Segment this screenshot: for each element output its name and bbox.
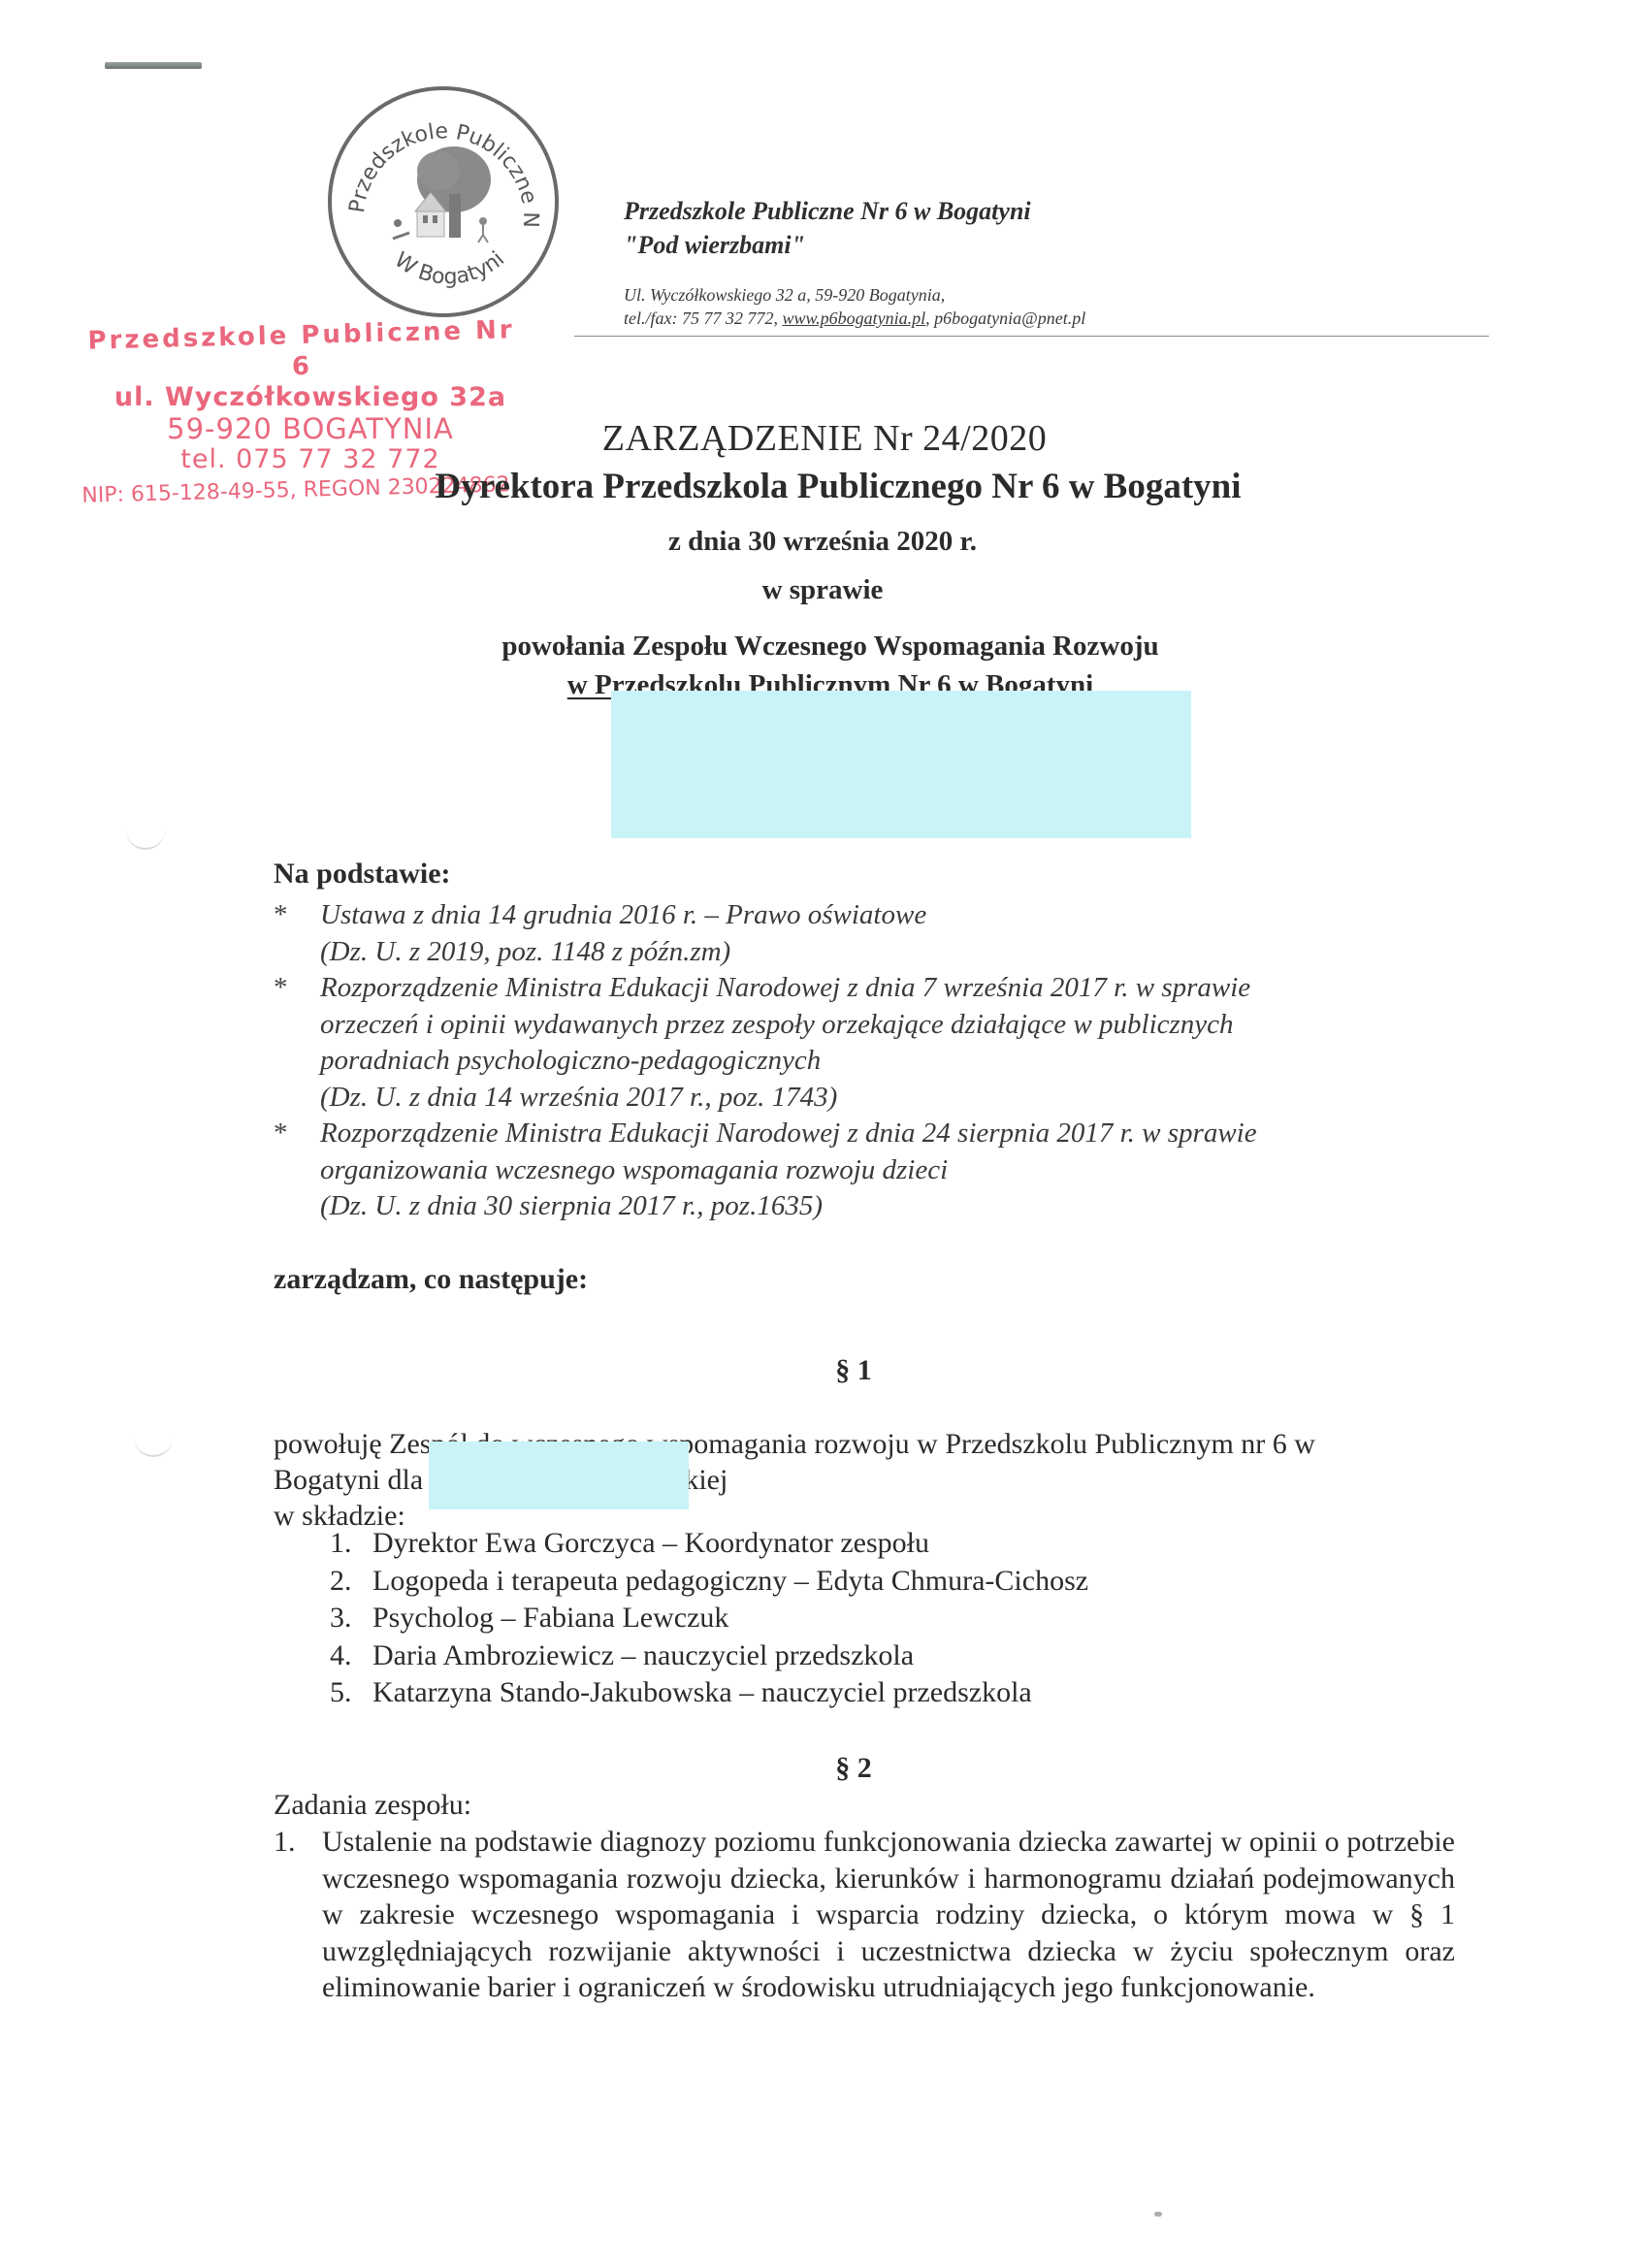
legal-basis-item: *Rozporządzenie Ministra Edukacji Narodo… xyxy=(274,1116,1438,1225)
legal-basis-line: (Dz. U. z dnia 14 września 2017 r., poz.… xyxy=(320,1080,1438,1117)
list-number: 3. xyxy=(330,1600,372,1637)
legal-basis-list: *Ustawa z dnia 14 grudnia 2016 r. – Praw… xyxy=(274,897,1438,1225)
red-stamp-line-1: Przedszkole Publiczne Nr 6 xyxy=(79,314,525,388)
order-regarding: w sprawie xyxy=(0,574,1647,606)
team-member-item: 1.Dyrektor Ewa Gorczyca – Koordynator ze… xyxy=(330,1525,1088,1563)
team-member-text: Psycholog – Fabiana Lewczuk xyxy=(372,1600,728,1637)
redaction-box xyxy=(611,691,1191,838)
team-member-item: 2.Logopeda i terapeuta pedagogiczny – Ed… xyxy=(330,1563,1088,1601)
letterhead-contact: Ul. Wyczółkowskiego 32 a, 59-920 Bogatyn… xyxy=(624,283,1085,330)
school-nickname: "Pod wierzbami" xyxy=(624,228,1031,262)
team-member-text: Dyrektor Ewa Gorczyca – Koordynator zesp… xyxy=(372,1525,929,1563)
legal-basis-line: poradniach psychologiczno-pedagogicznych xyxy=(320,1043,1438,1080)
legal-basis-item: *Rozporządzenie Ministra Edukacji Narodo… xyxy=(274,970,1438,1116)
list-number: 4. xyxy=(330,1637,372,1675)
website-link[interactable]: www.p6bogatynia.pl xyxy=(782,308,925,328)
address-line: Ul. Wyczółkowskiego 32 a, 59-920 Bogatyn… xyxy=(624,283,1085,307)
order-number-title: ZARZĄDZENIE Nr 24/2020 xyxy=(0,417,1649,460)
legal-basis-heading: Na podstawie: xyxy=(274,858,451,891)
section-1-line-2-prefix: Bogatyni dla xyxy=(274,1464,431,1496)
phone-fax: tel./fax: 75 77 32 772, xyxy=(624,308,782,328)
school-logo-stamp: Przedszkole Publiczne Nr 6 W Bogatyni xyxy=(320,78,563,320)
scan-corner-mark xyxy=(105,62,202,69)
list-number: 2. xyxy=(330,1563,372,1601)
svg-text:W Bogatyni: W Bogatyni xyxy=(390,247,509,290)
list-number: 1. xyxy=(274,1824,322,2006)
asterisk-bullet-icon: * xyxy=(274,897,320,970)
team-member-item: 5.Katarzyna Stando-Jakubowska – nauczyci… xyxy=(330,1674,1088,1712)
punch-hole-mark xyxy=(134,1426,173,1457)
team-member-text: Daria Ambroziewicz – nauczyciel przedszk… xyxy=(372,1637,914,1675)
order-subject-line-1: powołania Zespołu Wczesnego Wspomagania … xyxy=(6,631,1649,663)
team-member-text: Katarzyna Stando-Jakubowska – nauczyciel… xyxy=(372,1674,1032,1712)
team-member-text: Logopeda i terapeuta pedagogiczny – Edyt… xyxy=(372,1563,1088,1601)
letterhead-divider xyxy=(574,336,1489,337)
legal-basis-line: Ustawa z dnia 14 grudnia 2016 r. – Prawo… xyxy=(320,897,1438,934)
team-task-text: Ustalenie na podstawie diagnozy poziomu … xyxy=(322,1824,1455,2006)
team-task-item: 1.Ustalenie na podstawie diagnozy poziom… xyxy=(274,1824,1455,2006)
scan-speck xyxy=(1154,2212,1162,2217)
legal-basis-line: Rozporządzenie Ministra Edukacji Narodow… xyxy=(320,1116,1438,1152)
legal-basis-line: (Dz. U. z dnia 30 sierpnia 2017 r., poz.… xyxy=(320,1188,1438,1225)
red-stamp-line-2: ul. Wyczółkowskiego 32a xyxy=(97,382,524,413)
team-members-list: 1.Dyrektor Ewa Gorczyca – Koordynator ze… xyxy=(330,1525,1088,1712)
legal-basis-line: orzeczeń i opinii wydawanych przez zespo… xyxy=(320,1007,1438,1044)
list-number: 1. xyxy=(330,1525,372,1563)
punch-hole-mark xyxy=(126,819,165,850)
email-address: , p6bogatynia@pnet.pl xyxy=(925,308,1085,328)
legal-basis-line: (Dz. U. z 2019, poz. 1148 z późn.zm) xyxy=(320,934,1438,971)
asterisk-bullet-icon: * xyxy=(274,970,320,1116)
section-2-heading: § 2 xyxy=(0,1752,1649,1785)
redaction-box-name xyxy=(429,1442,689,1509)
logo-text-bottom: W Bogatyni xyxy=(390,247,509,290)
legal-basis-line: organizowania wczesnego wspomagania rozw… xyxy=(320,1152,1438,1189)
order-issuer: Dyrektora Przedszkola Publicznego Nr 6 w… xyxy=(14,466,1649,507)
legal-basis-line: Rozporządzenie Ministra Edukacji Narodow… xyxy=(320,970,1438,1007)
section-2-intro: Zadania zespołu: xyxy=(274,1787,471,1823)
ordering-clause: zarządzam, co następuje: xyxy=(274,1263,588,1296)
letterhead-school-name: Przedszkole Publiczne Nr 6 w Bogatyni "P… xyxy=(624,194,1031,262)
order-date: z dnia 30 września 2020 r. xyxy=(0,526,1647,558)
school-name: Przedszkole Publiczne Nr 6 w Bogatyni xyxy=(624,194,1031,228)
legal-basis-item: *Ustawa z dnia 14 grudnia 2016 r. – Praw… xyxy=(274,897,1438,970)
team-tasks-list: 1.Ustalenie na podstawie diagnozy poziom… xyxy=(274,1824,1455,2006)
team-member-item: 4.Daria Ambroziewicz – nauczyciel przeds… xyxy=(330,1637,1088,1675)
team-member-item: 3.Psycholog – Fabiana Lewczuk xyxy=(330,1600,1088,1637)
tree-house-icon xyxy=(393,146,491,243)
section-1-heading: § 1 xyxy=(0,1354,1649,1387)
list-number: 5. xyxy=(330,1674,372,1712)
asterisk-bullet-icon: * xyxy=(274,1116,320,1225)
